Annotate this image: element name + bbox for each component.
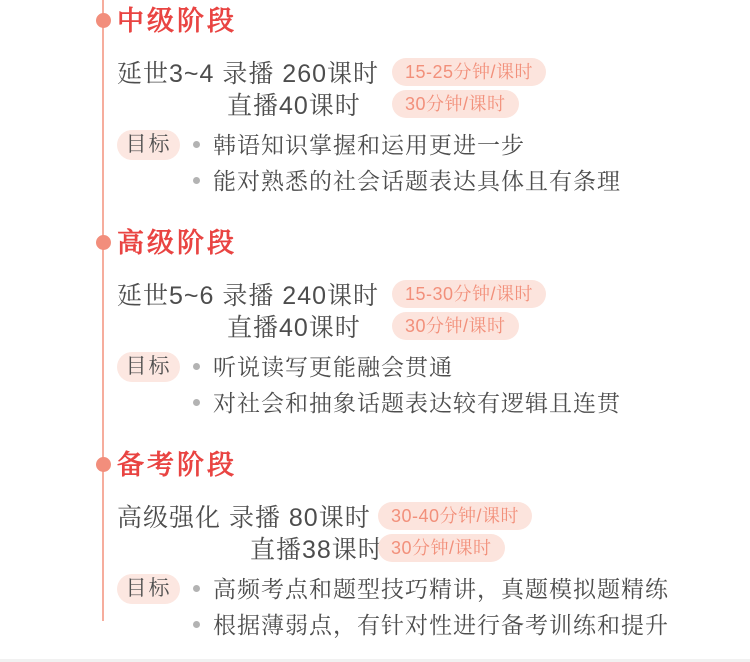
course-info: 延世5~6 录播 240课时 15-30分钟/课时 直播40课时 30分钟/课时	[117, 278, 750, 342]
stage-header: 中级阶段	[117, 4, 750, 38]
goals-block: 目标 高频考点和题型技巧精讲，真题模拟题精练 根据薄弱点，有针对性进行备考训练和…	[117, 574, 750, 646]
course-info: 延世3~4 录播 260课时 15-25分钟/课时 直播40课时 30分钟/课时	[117, 56, 750, 120]
course-hours-recorded: 延世5~6 录播 240课时	[117, 276, 392, 312]
duration-badge: 30分钟/课时	[392, 312, 519, 340]
stage-title: 高级阶段	[117, 226, 237, 260]
curriculum-timeline: 中级阶段 延世3~4 录播 260课时 15-25分钟/课时 直播40课时 30…	[0, 0, 750, 646]
goal-label-badge: 目标	[117, 574, 180, 604]
goal-list: 韩语知识掌握和运用更进一步 能对熟悉的社会话题表达具体且有条理	[190, 130, 621, 202]
stage-title: 备考阶段	[117, 448, 237, 482]
duration-badge: 30-40分钟/课时	[378, 502, 532, 530]
stage-header: 备考阶段	[117, 448, 750, 482]
goals-block: 目标 韩语知识掌握和运用更进一步 能对熟悉的社会话题表达具体且有条理	[117, 130, 750, 202]
course-row: 直播40课时 30分钟/课时	[117, 88, 750, 120]
course-hours-live: 直播40课时	[117, 308, 392, 344]
duration-badge: 15-30分钟/课时	[392, 280, 546, 308]
course-row: 直播40课时 30分钟/课时	[117, 310, 750, 342]
goal-label-badge: 目标	[117, 130, 180, 160]
timeline-dot-icon	[96, 235, 111, 250]
course-hours-recorded: 延世3~4 录播 260课时	[117, 54, 392, 90]
timeline-dot-icon	[96, 457, 111, 472]
goal-item: 听说读写更能融会贯通	[190, 352, 621, 382]
goal-list: 高频考点和题型技巧精讲，真题模拟题精练 根据薄弱点，有针对性进行备考训练和提升	[190, 574, 669, 646]
course-row: 直播38课时 30分钟/课时	[117, 532, 750, 564]
course-hours-live: 直播38课时	[117, 530, 378, 566]
stage-header: 高级阶段	[117, 226, 750, 260]
goal-label-badge: 目标	[117, 352, 180, 382]
duration-badge: 15-25分钟/课时	[392, 58, 546, 86]
course-row: 延世3~4 录播 260课时 15-25分钟/课时	[117, 56, 750, 88]
course-info: 高级强化 录播 80课时 30-40分钟/课时 直播38课时 30分钟/课时	[117, 500, 750, 564]
goal-item: 根据薄弱点，有针对性进行备考训练和提升	[190, 610, 669, 640]
goal-list: 听说读写更能融会贯通 对社会和抽象话题表达较有逻辑且连贯	[190, 352, 621, 424]
duration-badge: 30分钟/课时	[392, 90, 519, 118]
goal-item: 对社会和抽象话题表达较有逻辑且连贯	[190, 388, 621, 418]
course-row: 高级强化 录播 80课时 30-40分钟/课时	[117, 500, 750, 532]
timeline-dot-icon	[96, 13, 111, 28]
stage-intermediate: 中级阶段 延世3~4 录播 260课时 15-25分钟/课时 直播40课时 30…	[117, 4, 750, 202]
duration-badge: 30分钟/课时	[378, 534, 505, 562]
stage-title: 中级阶段	[117, 4, 237, 38]
stage-advanced: 高级阶段 延世5~6 录播 240课时 15-30分钟/课时 直播40课时 30…	[117, 226, 750, 424]
goal-item: 能对熟悉的社会话题表达具体且有条理	[190, 166, 621, 196]
stage-exam-prep: 备考阶段 高级强化 录播 80课时 30-40分钟/课时 直播38课时 30分钟…	[117, 448, 750, 646]
goals-block: 目标 听说读写更能融会贯通 对社会和抽象话题表达较有逻辑且连贯	[117, 352, 750, 424]
goal-item: 韩语知识掌握和运用更进一步	[190, 130, 621, 160]
goal-item: 高频考点和题型技巧精讲，真题模拟题精练	[190, 574, 669, 604]
course-row: 延世5~6 录播 240课时 15-30分钟/课时	[117, 278, 750, 310]
course-hours-live: 直播40课时	[117, 86, 392, 122]
course-hours-recorded: 高级强化 录播 80课时	[117, 498, 378, 534]
